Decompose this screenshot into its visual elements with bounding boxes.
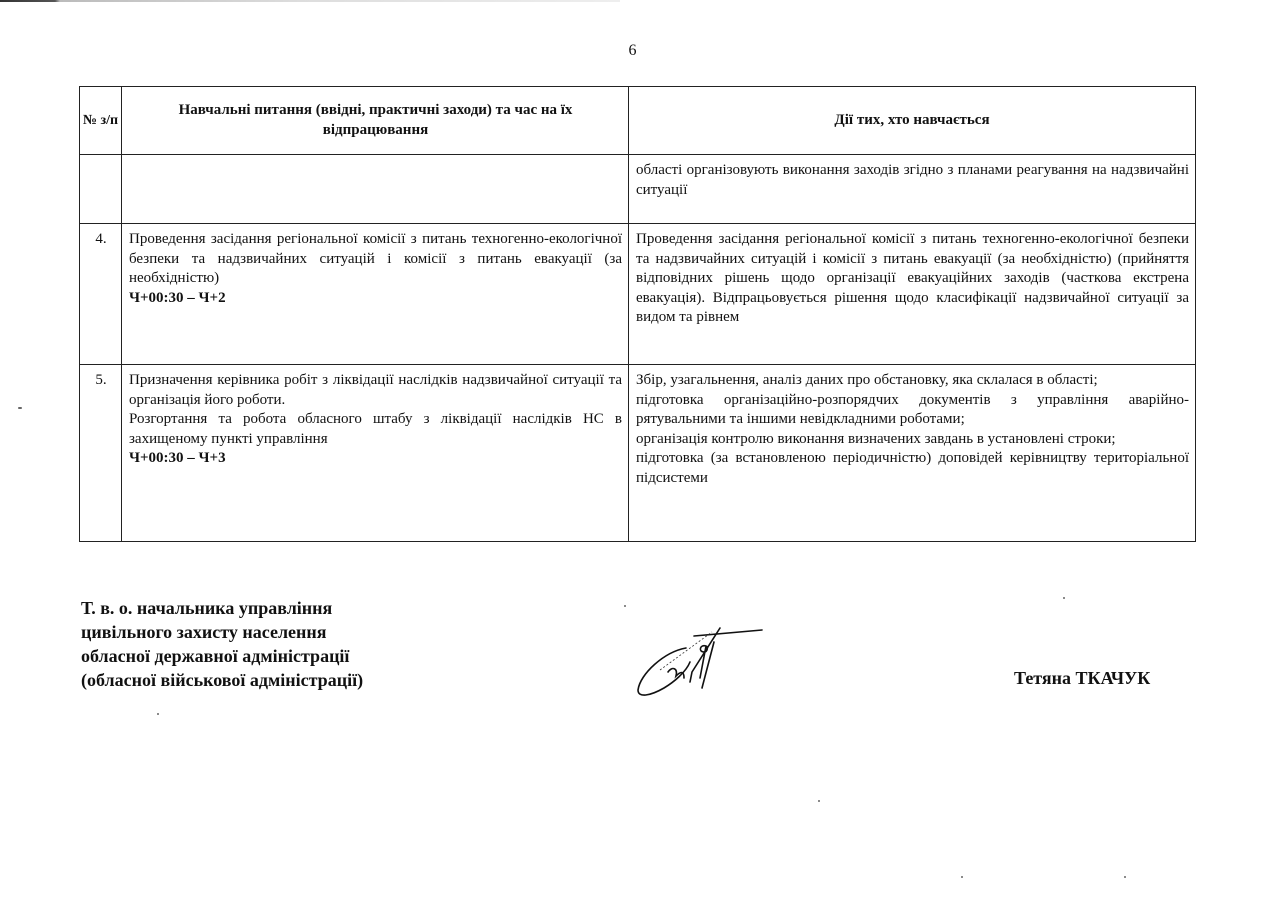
table-header-row: № з/п Навчальні питання (ввідні, практич… bbox=[80, 87, 1196, 155]
scan-speck bbox=[1063, 597, 1065, 599]
row-time: Ч+00:30 – Ч+2 bbox=[129, 289, 622, 309]
scan-speck bbox=[961, 876, 963, 878]
header-questions-text: Навчальні питання (ввідні, практичні зах… bbox=[179, 102, 573, 138]
scan-speck bbox=[157, 713, 159, 715]
scan-speck bbox=[624, 605, 626, 607]
table-row: області організовують виконання заходів … bbox=[80, 155, 1196, 224]
row-action-line: підготовка (за встановленою періодичніст… bbox=[636, 449, 1189, 488]
signatory-title: Т. в. о. начальника управління цивільног… bbox=[81, 596, 363, 692]
signatory-name: Тетяна ТКАЧУК bbox=[1014, 668, 1150, 689]
row-actions: області організовують виконання заходів … bbox=[629, 155, 1196, 224]
row-action-line: організація контролю виконання визначени… bbox=[636, 430, 1189, 450]
signatory-title-line: Т. в. о. начальника управління bbox=[81, 596, 363, 620]
row-time: Ч+00:30 – Ч+3 bbox=[129, 449, 622, 469]
table-row: 4. Проведення засідання регіональної ком… bbox=[80, 224, 1196, 365]
scan-speck bbox=[1124, 876, 1126, 878]
page-number: 6 bbox=[0, 42, 1265, 60]
row-number bbox=[80, 155, 122, 224]
header-actions: Дії тих, хто навчається bbox=[629, 87, 1196, 155]
row-action-line: Збір, узагальнення, аналіз даних про обс… bbox=[636, 371, 1189, 391]
row-actions: Проведення засідання регіональної комісі… bbox=[629, 224, 1196, 365]
scan-edge-line bbox=[0, 0, 620, 2]
row-question-cell: Проведення засідання регіональної комісі… bbox=[122, 224, 629, 365]
header-questions: Навчальні питання (ввідні, практичні зах… bbox=[122, 87, 629, 155]
row-question-line: Призначення керівника робіт з ліквідації… bbox=[129, 371, 622, 410]
signatory-title-line: (обласної військової адміністрації) bbox=[81, 668, 363, 692]
scan-speck bbox=[818, 800, 820, 802]
row-question bbox=[122, 155, 629, 224]
training-plan-table: № з/п Навчальні питання (ввідні, практич… bbox=[79, 86, 1196, 542]
handwritten-signature bbox=[634, 622, 774, 702]
header-actions-text: Дії тих, хто навчається bbox=[834, 112, 989, 128]
table-row: 5. Призначення керівника робіт з ліквіда… bbox=[80, 365, 1196, 542]
header-number: № з/п bbox=[80, 87, 122, 155]
row-action-line: підготовка організаційно-розпорядчих док… bbox=[636, 391, 1189, 430]
signatory-title-line: обласної державної адміністрації bbox=[81, 644, 363, 668]
scan-speck bbox=[18, 407, 22, 409]
row-question-cell: Призначення керівника робіт з ліквідації… bbox=[122, 365, 629, 542]
header-number-text: № з/п bbox=[83, 113, 118, 128]
row-actions-cell: Збір, узагальнення, аналіз даних про обс… bbox=[629, 365, 1196, 542]
row-question: Проведення засідання регіональної комісі… bbox=[129, 230, 622, 289]
row-number: 4. bbox=[80, 224, 122, 365]
row-question-line: Розгортання та робота обласного штабу з … bbox=[129, 410, 622, 449]
signatory-title-line: цивільного захисту населення bbox=[81, 620, 363, 644]
row-number: 5. bbox=[80, 365, 122, 542]
